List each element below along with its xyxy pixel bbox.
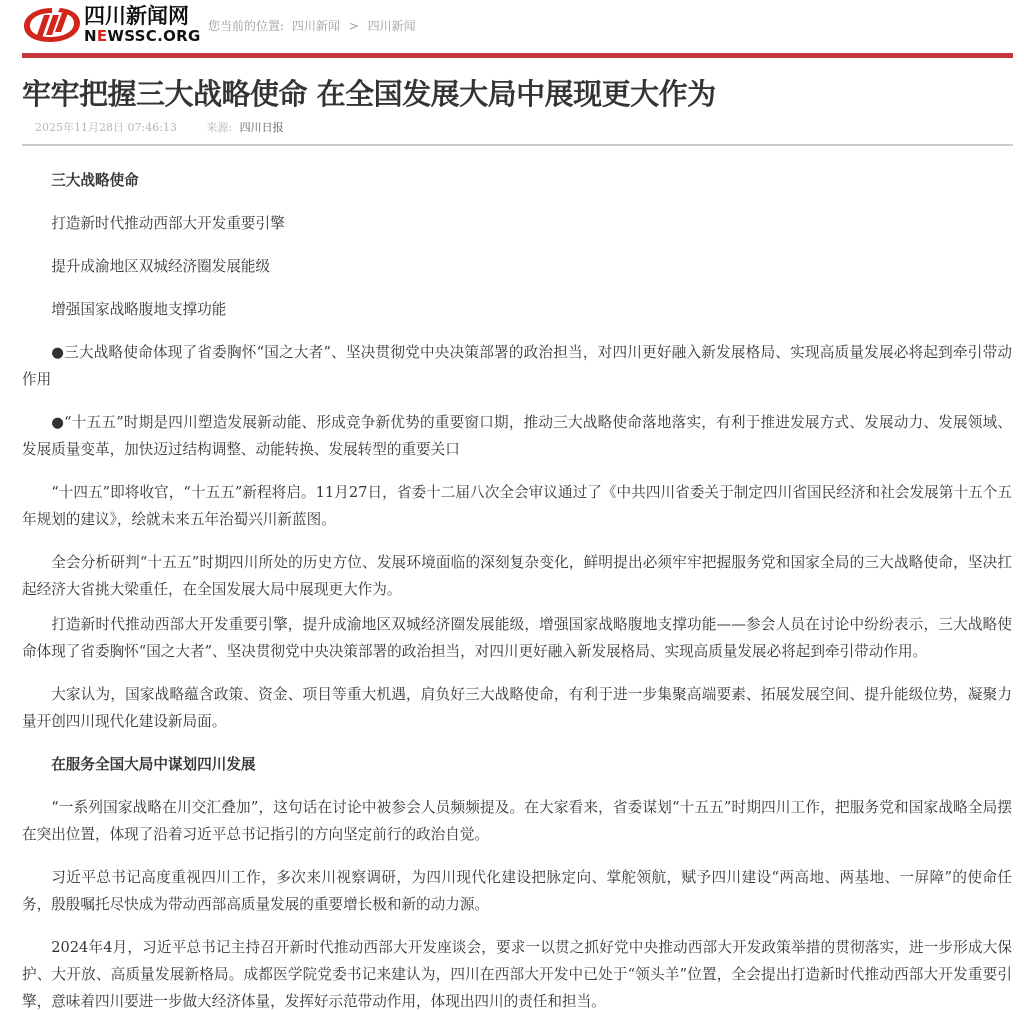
breadcrumb-item-sichuan-news-current[interactable]: 四川新闻 <box>368 19 416 33</box>
article-title: 牢牢把握三大战略使命 在全国发展大局中展现更大作为 <box>22 74 1012 114</box>
site-name-en: NEWSSC.ORG <box>84 27 201 45</box>
source-name: 四川日报 <box>240 121 284 134</box>
body-paragraph: “十四五”即将收官，“十五五”新程将启。11月27日，省委十二届八次全会审议通过… <box>22 479 1012 533</box>
body-paragraph: “一系列国家战略在川交汇叠加”，这句话在讨论中被参会人员频频提及。在大家看来，省… <box>22 794 1012 848</box>
site-logo-link[interactable]: 四川新闻网 NEWSSC.ORG <box>22 4 204 46</box>
site-name-cn: 四川新闻网 <box>84 5 189 27</box>
publish-date: 2025年11月28日 07:46:13 <box>35 121 177 134</box>
breadcrumb-item-sichuan-news[interactable]: 四川新闻 <box>292 19 340 33</box>
breadcrumb-separator: > <box>349 19 359 33</box>
title-divider <box>22 144 1013 146</box>
site-header: 四川新闻网 NEWSSC.ORG 您当前的位置: 四川新闻 > 四川新闻 <box>22 0 1013 56</box>
mission-item: 增强国家战略腹地支撑功能 <box>22 296 1012 323</box>
section-heading: 在服务全国大局中谋划四川发展 <box>22 751 1012 778</box>
mission-item: 提升成渝地区双城经济圈发展能级 <box>22 253 1012 280</box>
body-paragraph: 2024年4月，习近平总书记主持召开新时代推动西部大开发座谈会，要求一以贯之抓好… <box>22 934 1012 1010</box>
header-divider <box>22 53 1013 58</box>
bullet-paragraph: ●“十五五”时期是四川塑造发展新动能、形成竞争新优势的重要窗口期，推动三大战略使… <box>22 409 1012 463</box>
body-paragraph: 大家认为，国家战略蕴含政策、资金、项目等重大机遇，肩负好三大战略使命，有利于进一… <box>22 681 1012 735</box>
body-paragraph: 习近平总书记高度重视四川工作，多次来川视察调研，为四川现代化建设把脉定向、掌舵领… <box>22 864 1012 918</box>
body-paragraph: 全会分析研判“十五五”时期四川所处的历史方位、发展环境面临的深刻复杂变化，鲜明提… <box>22 549 1012 603</box>
body-paragraph: 打造新时代推动西部大开发重要引擎，提升成渝地区双城经济圈发展能级，增强国家战略腹… <box>22 611 1012 665</box>
source-label: 来源: <box>206 121 232 134</box>
breadcrumb: 您当前的位置: 四川新闻 > 四川新闻 <box>208 18 416 34</box>
article-body: 三大战略使命 打造新时代推动西部大开发重要引擎 提升成渝地区双城经济圈发展能级 … <box>22 160 1012 1010</box>
article-meta: 2025年11月28日 07:46:13 来源: 四川日报 <box>35 121 284 135</box>
bullet-paragraph: ●三大战略使命体现了省委胸怀“国之大者”、坚决贯彻党中央决策部署的政治担当，对四… <box>22 339 1012 393</box>
newssc-logo-icon <box>22 5 82 45</box>
section-heading: 三大战略使命 <box>22 167 1012 194</box>
breadcrumb-label: 您当前的位置: <box>208 19 284 33</box>
mission-item: 打造新时代推动西部大开发重要引擎 <box>22 210 1012 237</box>
